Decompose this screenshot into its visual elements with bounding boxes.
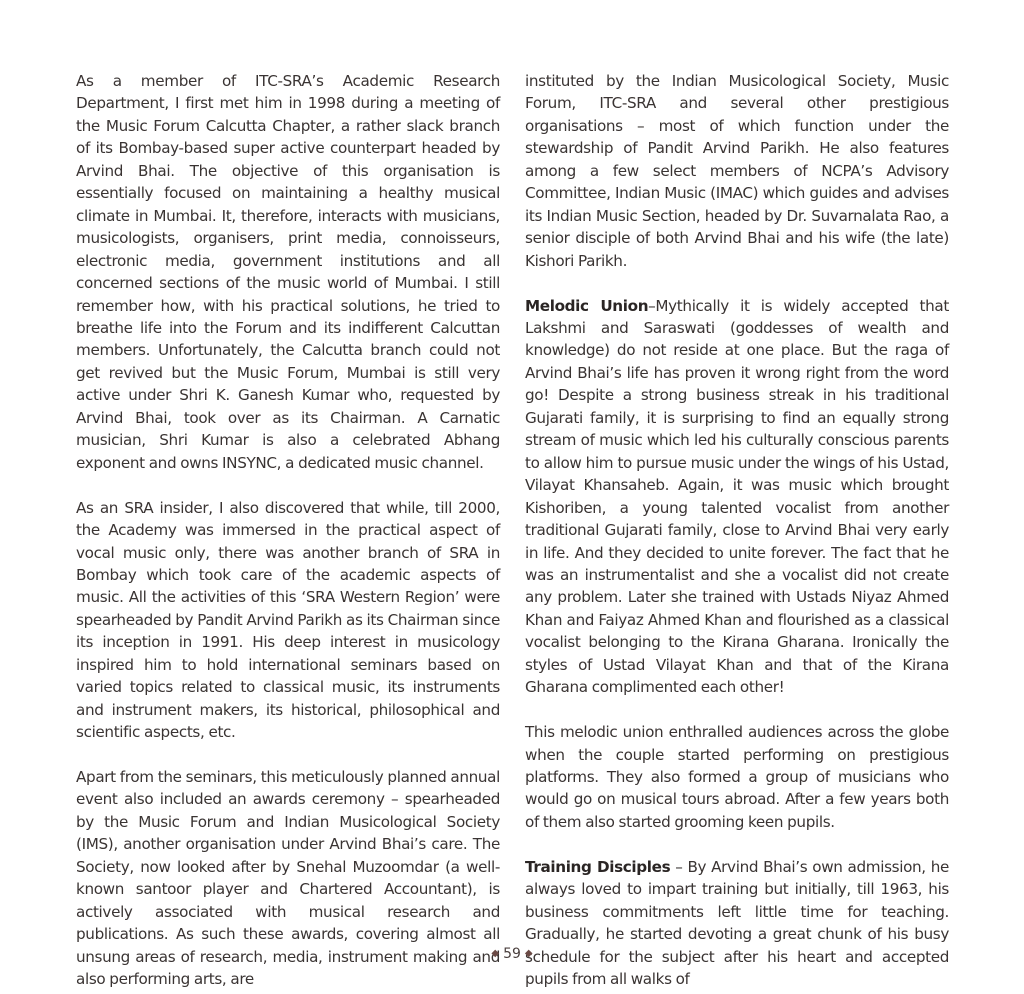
paragraph-enthralled-audiences: This melodic union enthralled audiences …	[525, 721, 949, 833]
paragraph-itc-sra-music-forum: As a member of ITC-SRA’s Academic Resear…	[76, 70, 500, 474]
paragraph-text: –Mythically it is widely accepted that L…	[525, 297, 949, 697]
diamond-ornament-icon: ◆	[491, 948, 499, 959]
page-number: 59	[503, 946, 521, 962]
paragraph-text: This melodic union enthralled audiences …	[525, 723, 949, 831]
section-heading-training-disciples: Training Disciples	[525, 858, 670, 876]
paragraph-sra-western-region: As an SRA insider, I also discovered tha…	[76, 497, 500, 744]
paragraph-melodic-union: Melodic Union–Mythically it is widely ac…	[525, 295, 949, 699]
paragraph-training-disciples: Training Disciples – By Arvind Bhai’s ow…	[525, 856, 949, 991]
page-footer: ◆59◆	[0, 946, 1024, 962]
left-column: As a member of ITC-SRA’s Academic Resear…	[76, 70, 500, 991]
right-column: instituted by the Indian Musicological S…	[525, 70, 949, 991]
paragraph-text: instituted by the Indian Musicological S…	[525, 72, 949, 270]
paragraph-text: – By Arvind Bhai’s own admission, he alw…	[525, 858, 949, 988]
section-heading-melodic-union: Melodic Union	[525, 297, 648, 315]
paragraph-institutions: instituted by the Indian Musicological S…	[525, 70, 949, 272]
diamond-ornament-icon: ◆	[525, 948, 533, 959]
